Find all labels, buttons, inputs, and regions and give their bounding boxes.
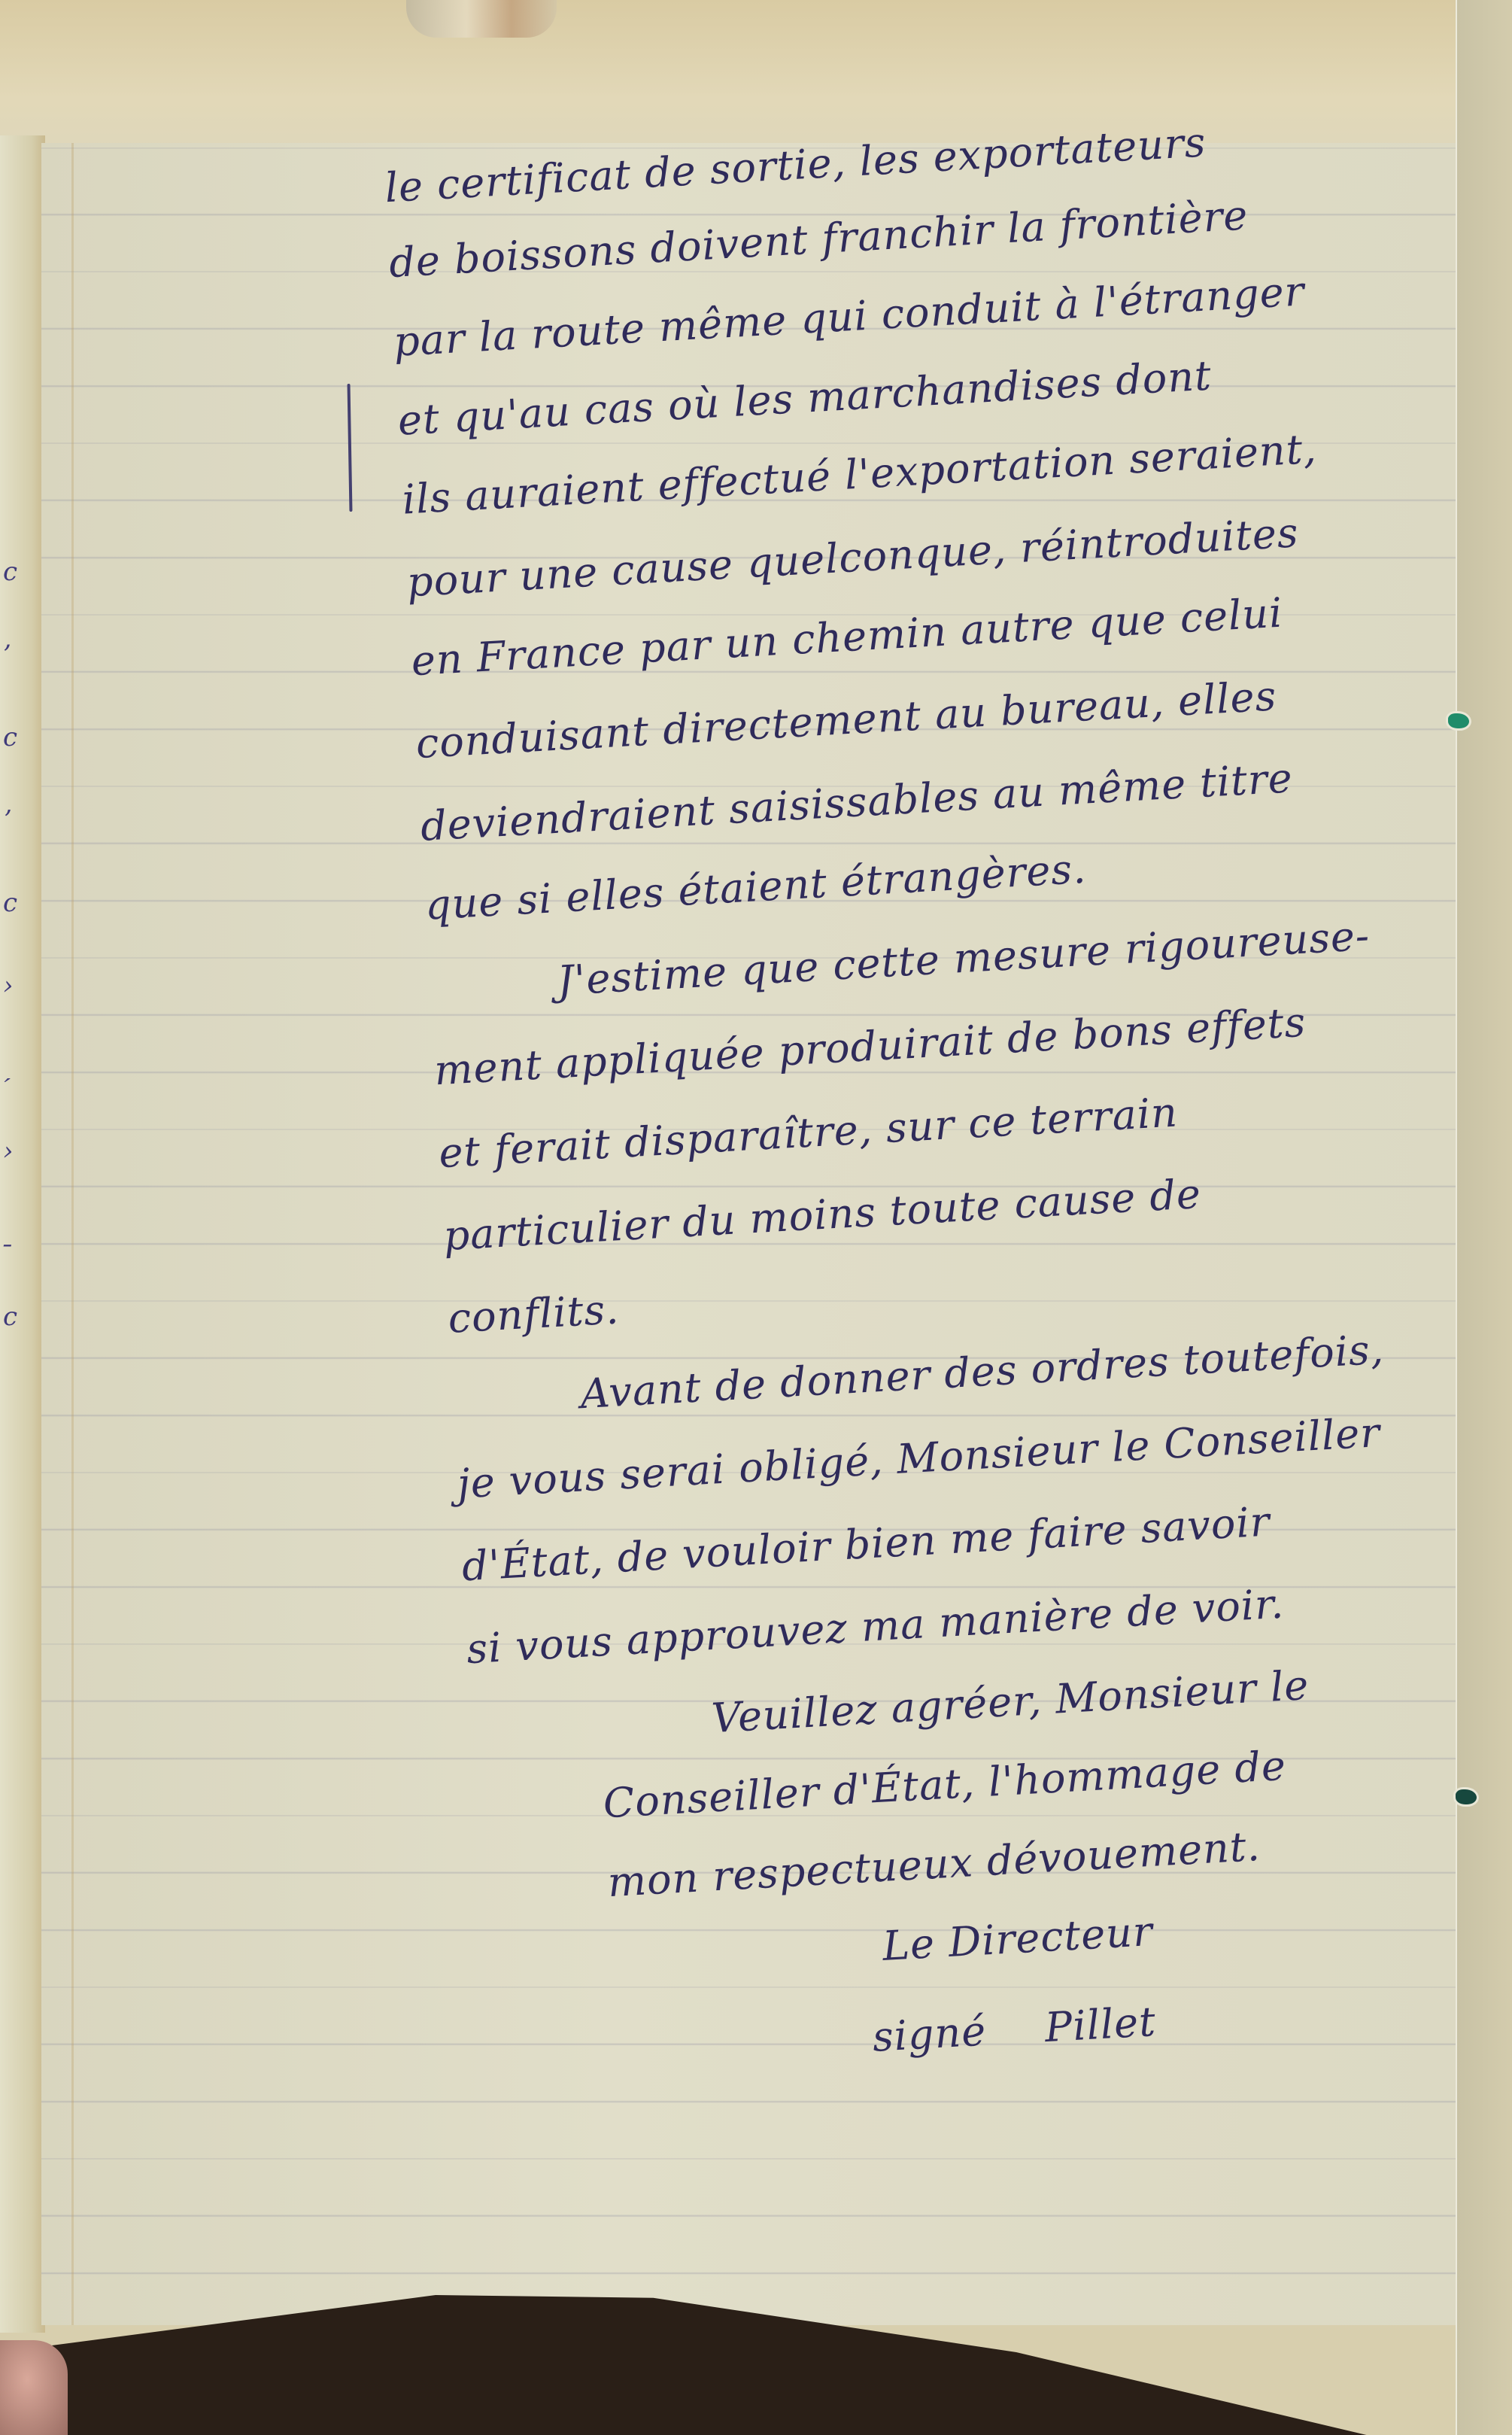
pin-icon xyxy=(1448,713,1469,728)
fragment: c xyxy=(3,722,33,805)
fragment: › xyxy=(3,1136,33,1219)
fragment: ’ xyxy=(3,640,33,722)
text-line: conflits. xyxy=(447,1285,621,1342)
signature-prefix: signé xyxy=(871,2008,988,2061)
fragment: c xyxy=(3,557,33,640)
pin-icon xyxy=(1456,1789,1477,1804)
photo-backdrop-top xyxy=(0,0,1512,166)
adjacent-left-page: c ’ c ʼ c › ˏ › ˍ c xyxy=(0,135,45,2333)
signature-name: Pillet xyxy=(1043,1998,1157,2051)
fragment: › xyxy=(3,971,33,1053)
holding-finger xyxy=(0,2340,68,2435)
fragment: c xyxy=(3,1302,33,1385)
binder-clip xyxy=(406,0,557,38)
margin-line xyxy=(71,143,74,2325)
fragment: ˍ xyxy=(3,1219,33,1302)
adjacent-right-page-edge xyxy=(1456,0,1512,2435)
left-page-text-fragments: c ’ c ʼ c › ˏ › ˍ c xyxy=(3,557,33,1385)
fragment: ʼ xyxy=(3,805,33,888)
fragment: ˏ xyxy=(3,1053,33,1136)
fragment: c xyxy=(3,888,33,971)
